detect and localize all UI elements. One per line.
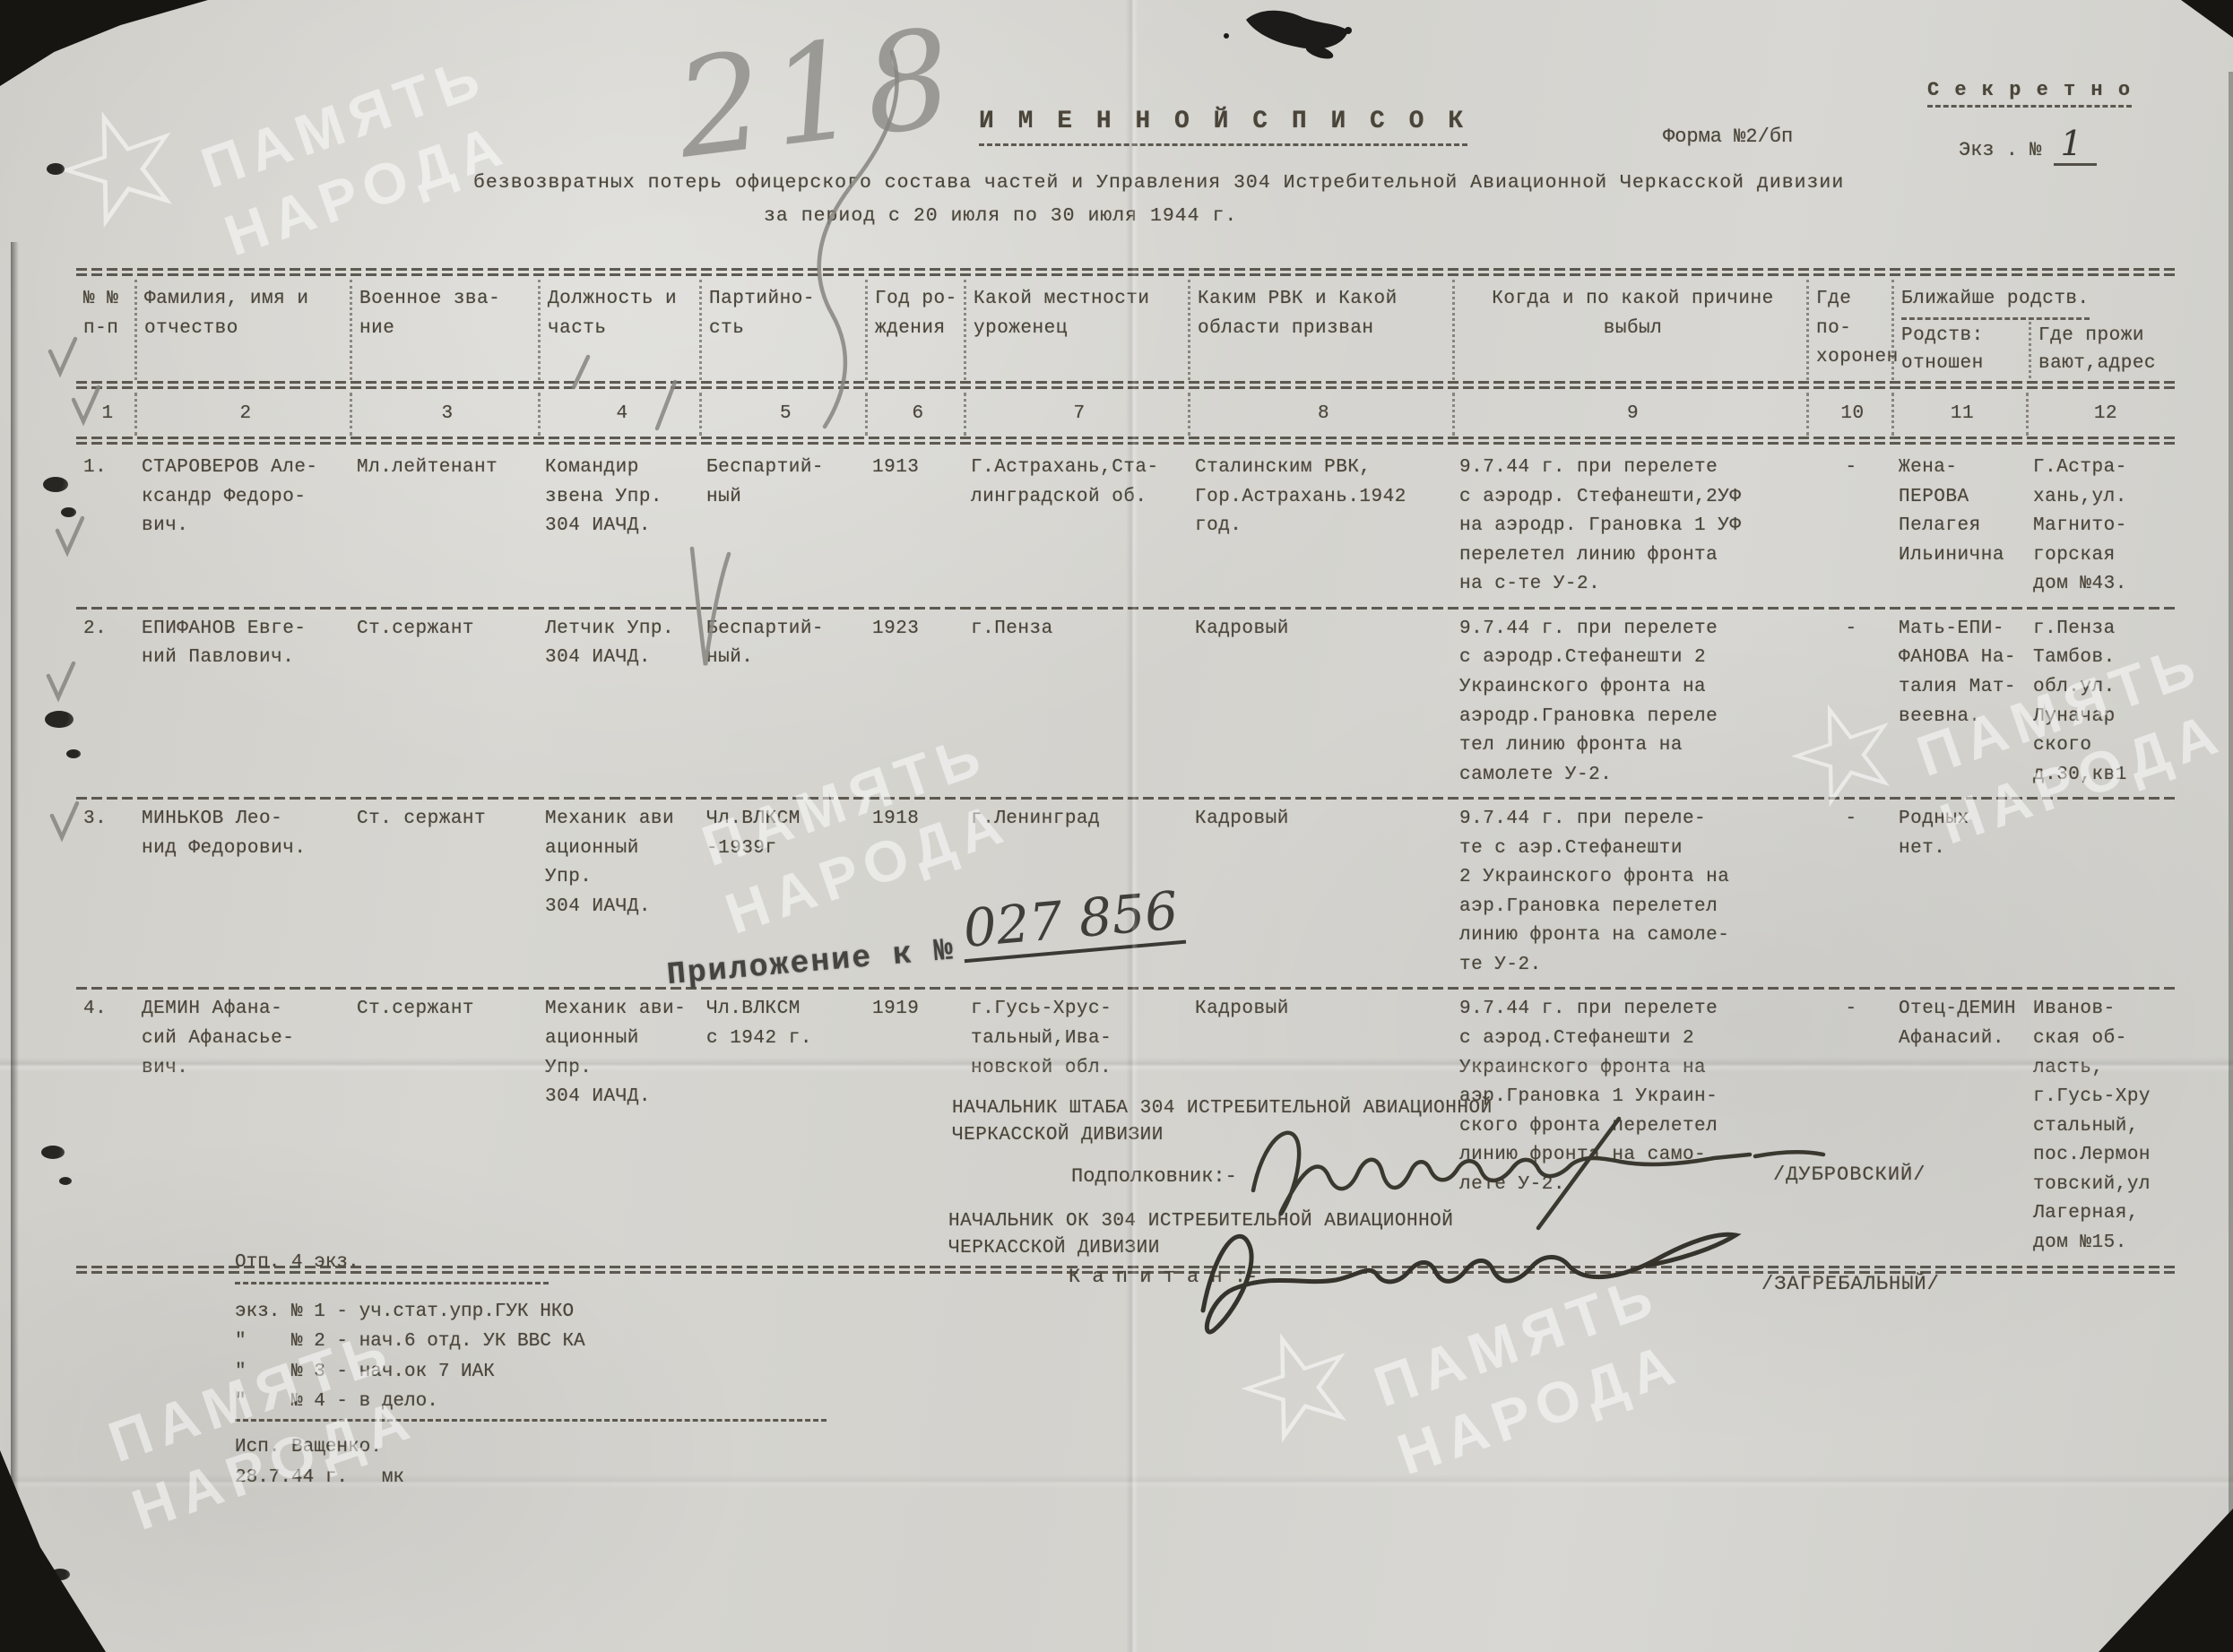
scan-corner-shadow [2181, 0, 2233, 38]
cell-kin: Жена- ПЕРОВА Пелагея Ильинична [1891, 448, 2026, 607]
cell-drafted: Сталинским РВК, Гор.Астрахань.1942 год. [1188, 448, 1452, 607]
cell-origin: г.Пенза [964, 610, 1188, 797]
scan-corner-shadow [0, 0, 208, 90]
vertical-fold-crease [1126, 0, 1138, 1652]
copy-number-handwritten: 1 [2054, 124, 2097, 166]
punch-hole [59, 1177, 72, 1185]
column-header-name: Фамилия, имя и отчество [134, 280, 350, 380]
cell-drafted: Кадровый [1188, 800, 1452, 987]
cell-row-number: 4. [76, 990, 134, 1265]
signature-block-2-rank: К а п и т а н :- [1069, 1266, 1258, 1288]
punch-hole [61, 507, 76, 517]
cell-duty: Механик ави- ационный Упр. 304 ИАЧД. [538, 990, 699, 1265]
cell-rank: Ст.сержант [350, 610, 538, 797]
cell-grave: - [1806, 800, 1891, 987]
column-header-number: № № п-п [76, 280, 134, 380]
distribution-item: " № 2 - нач.6 отд. УК ВВС КА [235, 1327, 827, 1357]
checkmark [50, 339, 75, 373]
watermark-text: ПАМЯТЬ [192, 39, 496, 203]
cell-rank: Мл.лейтенант [350, 448, 538, 607]
checkmark [48, 663, 74, 697]
subtitle-line-1: безвозвратных потерь офицерского состава… [473, 172, 1844, 194]
distribution-underline [235, 1419, 827, 1422]
column-header-grave: Где по- хоронен [1806, 280, 1891, 380]
watermark-text: ПАМЯТЬ [1365, 1258, 1669, 1423]
copy-line: Экз . № 1 [1959, 124, 2097, 163]
cell-kin: Отец-ДЕМИН Афанасий. [1891, 990, 2026, 1265]
column-header-origin: Какой местности уроженец [964, 280, 1188, 380]
cell-kin: Родных нет. [1891, 800, 2026, 987]
column-number: 3 [350, 393, 538, 437]
scan-corner-shadow [2099, 1509, 2233, 1652]
column-number: 12 [2026, 393, 2178, 437]
punch-hole [43, 477, 68, 492]
column-header-kin: Родств: отношен [1894, 322, 2029, 378]
star-icon: ☆ [1216, 1302, 1380, 1466]
column-number: 4 [538, 393, 699, 437]
classification-label: С е к р е т н о [1927, 79, 2132, 108]
copies-line: Отп. 4 экз. [235, 1248, 549, 1284]
distribution-item: экз. № 1 - уч.стат.упр.ГУК НКО [235, 1297, 827, 1328]
signature-block-2-title: НАЧАЛЬНИК ОК 304 ИСТРЕБИТЕЛЬНОЙ АВИАЦИОН… [948, 1208, 1453, 1263]
cell-rank: Ст. сержант [350, 800, 538, 987]
column-header-party: Партийно- сть [699, 280, 865, 380]
column-number: 7 [964, 393, 1188, 437]
ink-blob [1224, 11, 1352, 62]
copy-label: Экз . № [1959, 139, 2041, 161]
column-header-address: Где прожи вают,адрес [2029, 322, 2181, 378]
column-group-title: Ближайше родств. [1901, 285, 2090, 320]
cell-row-number: 2. [76, 610, 134, 797]
cell-party: Беспартий- ный [699, 448, 865, 607]
column-number: 2 [134, 393, 350, 437]
cell-row-number: 1. [76, 448, 134, 607]
form-label: Форма №2/бп [1663, 125, 1793, 148]
column-number: 5 [699, 393, 865, 437]
signature-block-2-name: /ЗАГРЕБАЛЬНЫЙ/ [1761, 1273, 1940, 1295]
cell-kin-address: Г.Астра- хань,ул. Магнито- горская дом №… [2026, 448, 2178, 607]
cell-kin-address: г.Пенза Тамбов. обл.ул. Луначар ского д.… [2026, 610, 2178, 797]
column-header-fate: Когда и по какой причине выбыл [1452, 280, 1806, 380]
document-scan: 218 С е к р е т н о Экз . № 1 Форма №2/б… [0, 0, 2233, 1652]
column-header-duty: Должность и часть [538, 280, 699, 380]
executor-line: Исп. Ващенко. [235, 1432, 827, 1463]
cell-full-name: ЕПИФАНОВ Евге- ний Павлович. [134, 610, 350, 797]
distribution-item: " № 3 - нач.ок 7 ИАК [235, 1357, 827, 1388]
cell-duty: Командир звена Упр. 304 ИАЧД. [538, 448, 699, 607]
column-header-drafted: Каким РВК и Какой области призван [1188, 280, 1452, 380]
punch-hole [47, 163, 65, 175]
checkmark [52, 803, 77, 837]
cell-party: Беспартий- ный. [699, 610, 865, 797]
column-header-born: Год ро- ждения [865, 280, 964, 380]
cell-fate: 9.7.44 г. при перелете с аэродр. Стефане… [1452, 448, 1806, 607]
punch-hole [66, 749, 81, 758]
column-number: 6 [865, 393, 964, 437]
cell-grave: - [1806, 448, 1891, 607]
cell-party: Чл.ВЛКСМ с 1942 г. [699, 990, 865, 1265]
column-number: 1 [76, 393, 134, 437]
cell-kin-address: Иванов- ская об- ласть, г.Гусь-Хру сталь… [2026, 990, 2178, 1265]
cell-fate: 9.7.44 г. при перелете с аэродр.Стефанеш… [1452, 610, 1806, 797]
cell-fate: 9.7.44 г. при перелете с аэрод.Стефанешт… [1452, 990, 1806, 1265]
distribution-item: " № 4 - в дело. [235, 1387, 827, 1417]
cell-drafted: Кадровый [1188, 610, 1452, 797]
cell-duty: Летчик Упр. 304 ИАЧД. [538, 610, 699, 797]
cell-full-name: ДЕМИН Афана- сий Афанасье- вич. [134, 990, 350, 1265]
punch-hole [45, 711, 74, 728]
column-number: 11 [1891, 393, 2026, 437]
handwritten-page-number: 218 [669, 0, 969, 189]
column-number: 9 [1452, 393, 1806, 437]
horizontal-fold-crease [0, 1058, 2233, 1072]
punch-hole [41, 1146, 65, 1159]
distribution-block: Отп. 4 экз. экз. № 1 - уч.стат.упр.ГУК Н… [235, 1248, 827, 1492]
cell-kin: Мать-ЕПИ- ФАНОВА На- талия Мат- веевна. [1891, 610, 2026, 797]
cell-grave: - [1806, 610, 1891, 797]
signature-block-1-rank: Подполковник:- [1071, 1165, 1237, 1188]
cell-kin-address [2026, 800, 2178, 987]
cell-origin: Г.Астрахань,Ста- линградской об. [964, 448, 1188, 607]
column-number: 8 [1188, 393, 1452, 437]
cell-born: 1913 [865, 448, 964, 607]
cell-grave: - [1806, 990, 1891, 1265]
cell-full-name: СТАРОВЕРОВ Але- ксандр Федоро- вич. [134, 448, 350, 607]
subtitle-line-2: за период с 20 июля по 30 июля 1944 г. [764, 205, 1237, 227]
document-title: И М Е Н Н О Й С П И С О К [979, 108, 1467, 146]
scan-edge-shadow [2229, 72, 2233, 1652]
cell-row-number: 3. [76, 800, 134, 987]
signature-block-1-name: /ДУБРОВСКИЙ/ [1773, 1163, 1926, 1186]
cell-fate: 9.7.44 г. при переле- те с аэр.Стефанешт… [1452, 800, 1806, 987]
cell-full-name: МИНЬКОВ Лео- нид Федорович. [134, 800, 350, 987]
column-group-relatives: Ближайше родств. Родств: отношен Где про… [1891, 280, 2178, 380]
horizontal-fold-crease [0, 1475, 2233, 1489]
scan-edge-shadow [11, 242, 19, 1652]
cell-rank: Ст.сержант [350, 990, 538, 1265]
cell-born: 1923 [865, 610, 964, 797]
signature-block-1-title: НАЧАЛЬНИК ШТАБА 304 ИСТРЕБИТЕЛЬНОЙ АВИАЦ… [952, 1095, 1493, 1150]
watermark-text: НАРОДА [1389, 1326, 1692, 1490]
column-header-rank: Военное зва- ние [350, 280, 538, 380]
column-number: 10 [1806, 393, 1891, 437]
